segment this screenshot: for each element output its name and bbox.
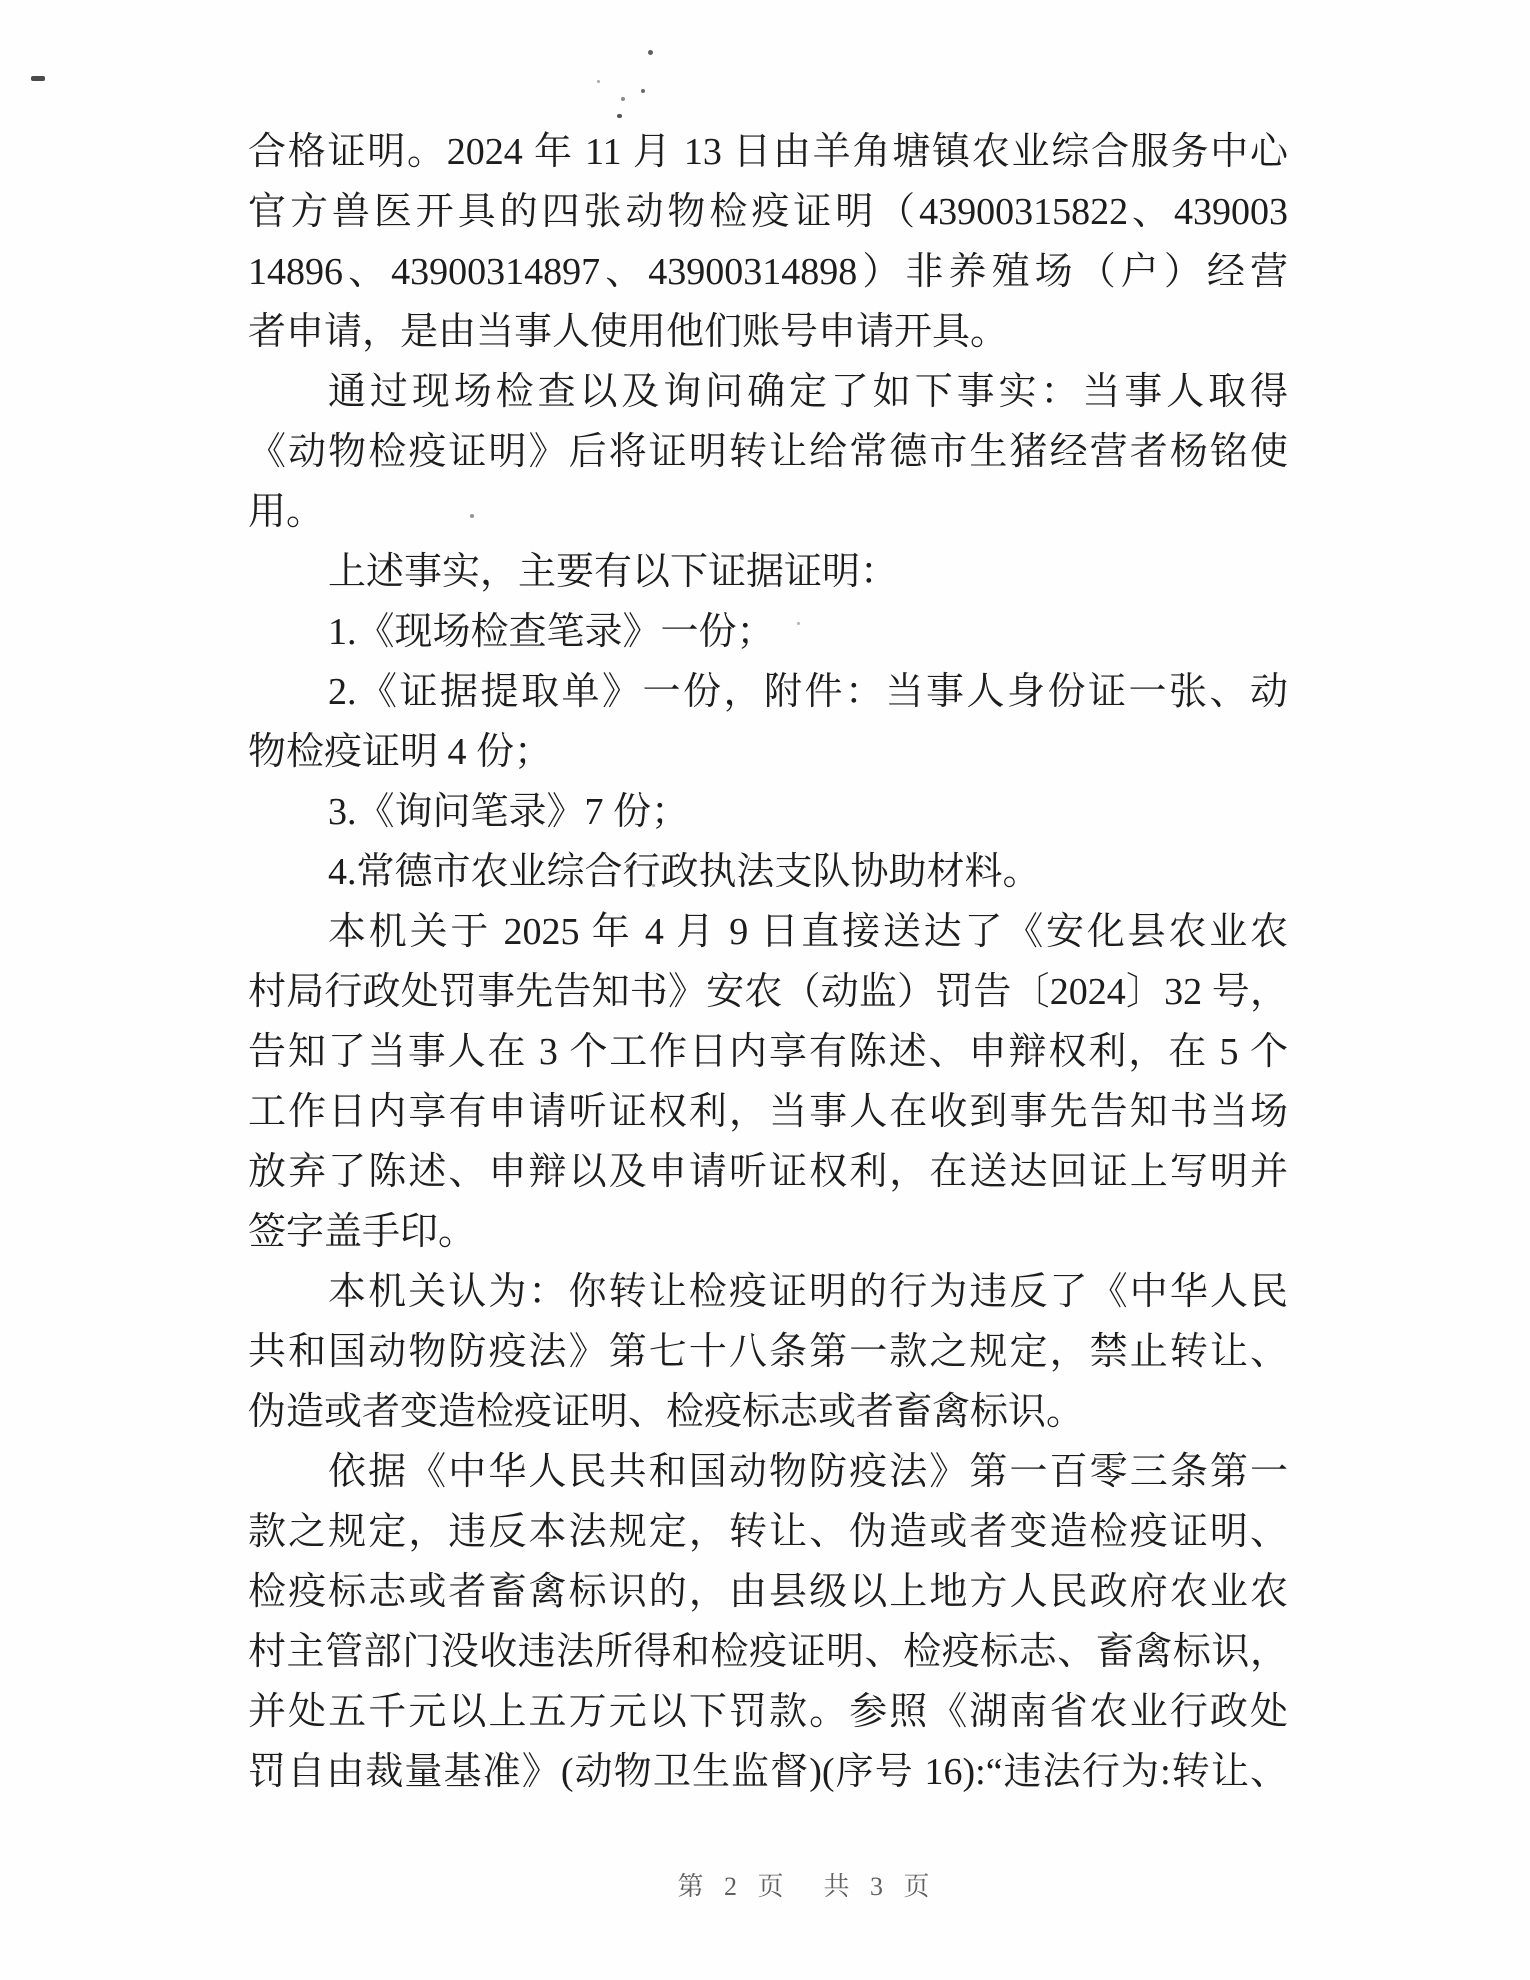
- text-line: 村主管部门没收违法所得和检疫证明、检疫标志、畜禽标识，: [248, 1622, 1288, 1682]
- text-line: 告知了当事人在 3 个工作日内享有陈述、申辩权利，在 5 个: [248, 1022, 1288, 1082]
- text-line: 工作日内享有申请听证权利，当事人在收到事先告知书当场: [248, 1082, 1288, 1142]
- text-line: 检疫标志或者畜禽标识的，由县级以上地方人民政府农业农: [248, 1562, 1288, 1622]
- text-line: 通过现场检查以及询问确定了如下事实：当事人取得: [248, 362, 1288, 422]
- scan-speck: [597, 80, 600, 83]
- text-line: 官方兽医开具的四张动物检疫证明（43900315822、439003: [248, 182, 1288, 242]
- text-line: 依据《中华人民共和国动物防疫法》第一百零三条第一: [248, 1442, 1288, 1502]
- scan-speck: [648, 50, 653, 55]
- text-line: 1.《现场检查笔录》一份；: [248, 602, 1288, 662]
- text-line: 本机关认为：你转让检疫证明的行为违反了《中华人民: [248, 1262, 1288, 1322]
- document-body: 合格证明。2024 年 11 月 13 日由羊角塘镇农业综合服务中心官方兽医开具…: [248, 122, 1288, 1802]
- text-line: 《动物检疫证明》后将证明转让给常德市生猪经营者杨铭使: [248, 422, 1288, 482]
- text-line: 村局行政处罚事先告知书》安农（动监）罚告〔2024〕32 号，: [248, 962, 1288, 1022]
- text-line: 14896、43900314897、43900314898）非养殖场（户）经营: [248, 242, 1288, 302]
- text-line: 上述事实，主要有以下证据证明：: [248, 542, 1288, 602]
- text-line: 款之规定，违反本法规定，转让、伪造或者变造检疫证明、: [248, 1502, 1288, 1562]
- text-line: 放弃了陈述、申辩以及申请听证权利，在送达回证上写明并: [248, 1142, 1288, 1202]
- scan-speck: [617, 114, 622, 118]
- text-line: 并处五千元以上五万元以下罚款。参照《湖南省农业行政处: [248, 1682, 1288, 1742]
- text-line: 物检疫证明 4 份；: [248, 722, 1288, 782]
- text-line: 本机关于 2025 年 4 月 9 日直接送达了《安化县农业农: [248, 902, 1288, 962]
- scan-speck: [641, 89, 645, 93]
- text-line: 2.《证据提取单》一份，附件：当事人身份证一张、动: [248, 662, 1288, 722]
- text-line: 签字盖手印。: [248, 1202, 1288, 1262]
- scan-speck: [31, 76, 45, 81]
- text-line: 用。: [248, 482, 1288, 542]
- text-line: 者申请，是由当事人使用他们账号申请开具。: [248, 302, 1288, 362]
- text-line: 合格证明。2024 年 11 月 13 日由羊角塘镇农业综合服务中心: [248, 122, 1288, 182]
- scanned-document-page: 合格证明。2024 年 11 月 13 日由羊角塘镇农业综合服务中心官方兽医开具…: [0, 0, 1530, 1980]
- page-footer: 第 2 页 共 3 页: [0, 1866, 1530, 1903]
- text-line: 4.常德市农业综合行政执法支队协助材料。: [248, 842, 1288, 902]
- text-line: 伪造或者变造检疫证明、检疫标志或者畜禽标识。: [248, 1382, 1288, 1442]
- text-line: 共和国动物防疫法》第七十八条第一款之规定，禁止转让、: [248, 1322, 1288, 1382]
- text-line: 罚自由裁量基准》(动物卫生监督)(序号 16):“违法行为:转让、: [248, 1742, 1288, 1802]
- page-number-indicator: 第 2 页 共 3 页: [677, 1866, 936, 1903]
- text-line: 3.《询问笔录》7 份；: [248, 782, 1288, 842]
- scan-speck: [621, 97, 625, 101]
